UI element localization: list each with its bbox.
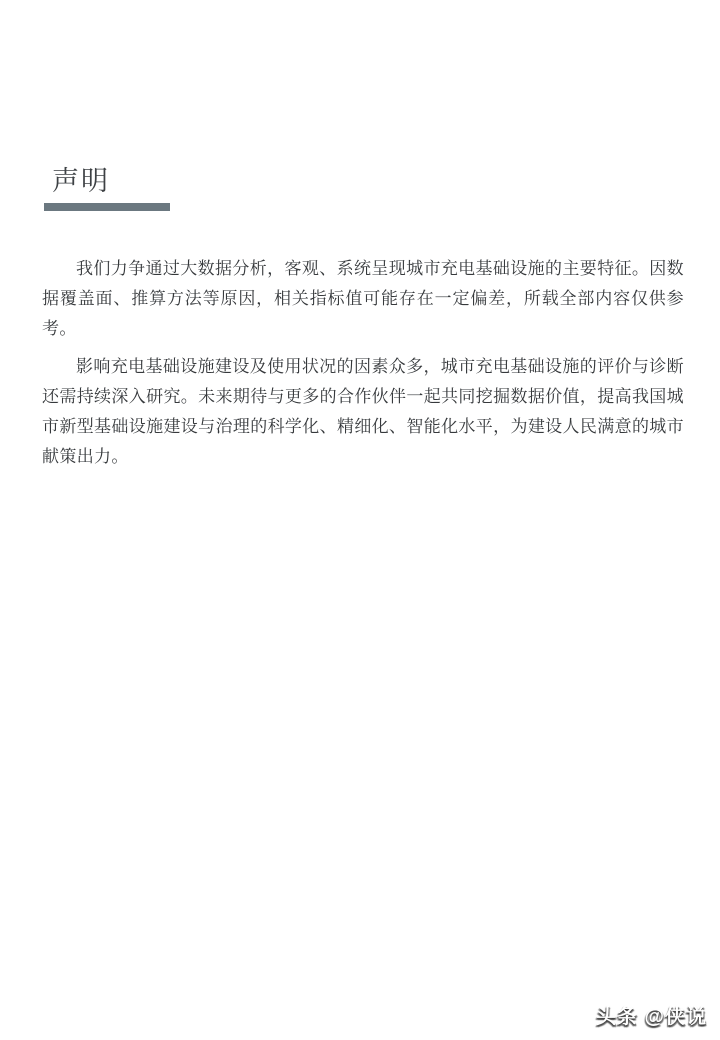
report-page: 声明 我们力争通过大数据分析，客观、系统呈现城市充电基础设施的主要特征。因数据覆… <box>0 0 720 1040</box>
page-title: 声明 <box>52 167 684 196</box>
watermark: 头条 @侠说 <box>596 1000 707 1029</box>
title-accent-bar <box>44 203 170 211</box>
statement-paragraph-1: 我们力争通过大数据分析，客观、系统呈现城市充电基础设施的主要特征。因数据覆盖面、… <box>42 254 684 344</box>
statement-section: 声明 我们力争通过大数据分析，客观、系统呈现城市充电基础设施的主要特征。因数据覆… <box>42 167 684 472</box>
statement-paragraph-2: 影响充电基础设施建设及使用状况的因素众多，城市充电基础设施的评价与诊断还需持续深… <box>42 352 684 472</box>
